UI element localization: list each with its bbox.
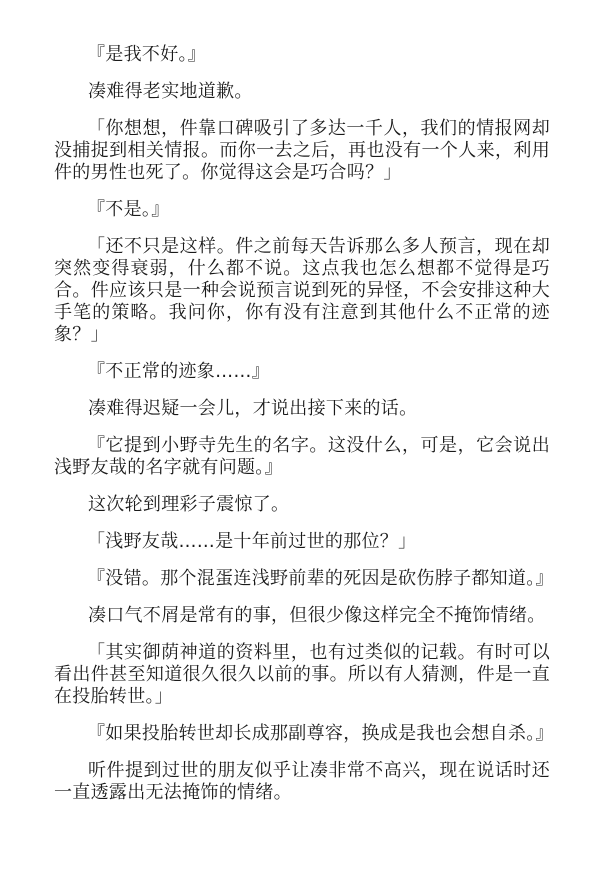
dialogue-paragraph: 「浅野友哉……是十年前过世的那位？」 xyxy=(54,531,550,553)
dialogue-paragraph: 『是我不好。』 xyxy=(54,44,550,66)
dialogue-paragraph: 『不是。』 xyxy=(54,199,550,221)
dialogue-paragraph: 『没错。那个混蛋连浅野前辈的死因是砍伤脖子都知道。』 xyxy=(54,568,550,590)
dialogue-paragraph: 「你想想，件靠口碑吸引了多达一千人，我们的情报网却没捕捉到相关情报。而你一去之后… xyxy=(54,118,550,184)
dialogue-paragraph: 『它提到小野寺先生的名字。这没什么，可是，它会说出浅野友哉的名字就有问题。』 xyxy=(54,435,550,479)
dialogue-paragraph: 「其实御荫神道的资料里，也有过类似的记载。有时可以看出件甚至知道很久很久以前的事… xyxy=(54,642,550,708)
narration-paragraph: 听件提到过世的朋友似乎让凑非常不高兴，现在说话时还一直透露出无法掩饰的情绪。 xyxy=(54,760,550,804)
narration-paragraph: 这次轮到理彩子震惊了。 xyxy=(54,494,550,516)
narration-paragraph: 凑口气不屑是常有的事，但很少像这样完全不掩饰情绪。 xyxy=(54,605,550,627)
narration-paragraph: 凑难得迟疑一会儿，才说出接下来的话。 xyxy=(54,398,550,420)
document-page: 『是我不好。』 凑难得老实地道歉。 「你想想，件靠口碑吸引了多达一千人，我们的情… xyxy=(54,44,550,819)
narration-paragraph: 凑难得老实地道歉。 xyxy=(54,81,550,103)
dialogue-paragraph: 『不正常的迹象……』 xyxy=(54,361,550,383)
dialogue-paragraph: 「还不只是这样。件之前每天告诉那么多人预言，现在却突然变得衰弱，什么都不说。这点… xyxy=(54,236,550,346)
dialogue-paragraph: 『如果投胎转世却长成那副尊容，换成是我也会想自杀。』 xyxy=(54,723,550,745)
